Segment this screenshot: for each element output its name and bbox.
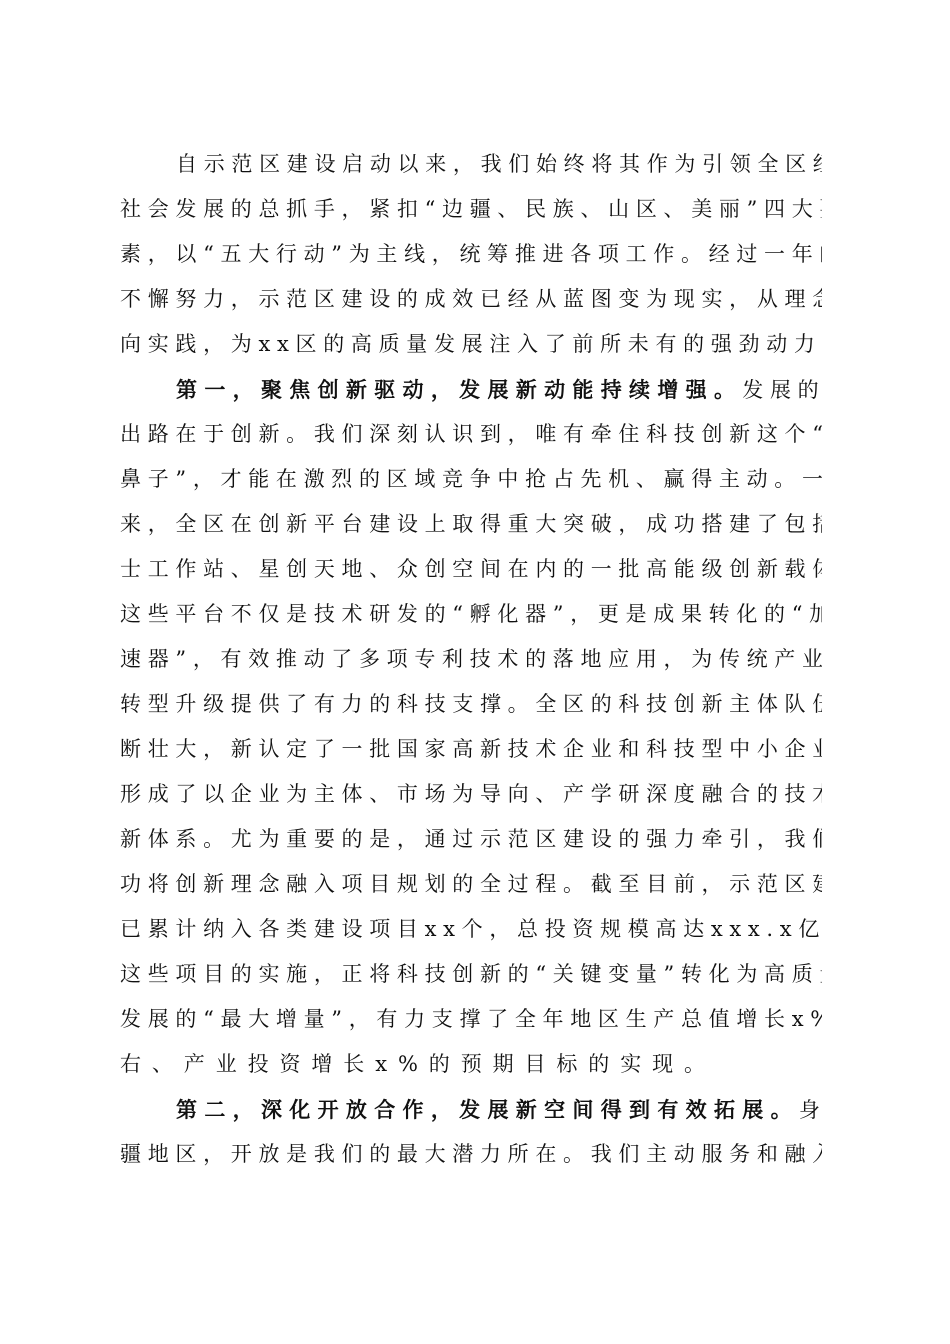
line-text: 出 路 在 于 创 新 。 我 们 深 刻 认 识 到 ， 唯 有 牵 住 科 … (120, 422, 822, 446)
line-text: 右、产业投资增长x%的预期目标的实现。 (120, 1052, 716, 1076)
paragraph-3-line-1: 第 二 ， 深 化 开 放 合 作 ， 发 展 新 空 间 得 到 有 效 拓 … (120, 1087, 822, 1132)
section-heading-1: 第 一 ， 聚 焦 创 新 驱 动 ， 发 展 新 动 能 持 续 增 强 。 (176, 377, 742, 402)
line-text: 已 累 计 纳 入 各 类 建 设 项 目 x x 个 ， 总 投 资 规 模 … (120, 917, 822, 941)
paragraph-2-line-14: 这 些 项 目 的 实 施 ， 正 将 科 技 创 新 的 “ 关 键 变 量 … (120, 952, 822, 997)
paragraph-1-line-2: 社 会 发 展 的 总 抓 手 ， 紧 扣 “ 边 疆 、 民 族 、 山 区 … (120, 187, 822, 232)
line-text: 不 懈 努 力 ， 示 范 区 建 设 的 成 效 已 经 从 蓝 图 变 为 … (120, 287, 822, 311)
paragraph-2-line-9: 断 壮 大 ， 新 认 定 了 一 批 国 家 高 新 技 术 企 业 和 科 … (120, 727, 822, 772)
line-text: 发 展 的 根 本 (742, 378, 822, 402)
paragraph-2-line-7: 速 器 ” ， 有 效 推 动 了 多 项 专 利 技 术 的 落 地 应 用 … (120, 637, 822, 682)
line-text: 断 壮 大 ， 新 认 定 了 一 批 国 家 高 新 技 术 企 业 和 科 … (120, 737, 822, 761)
paragraph-1-line-3: 素 ， 以 “ 五 大 行 动 ” 为 主 线 ， 统 筹 推 进 各 项 工 … (120, 232, 822, 277)
line-text: 形 成 了 以 企 业 为 主 体 、 市 场 为 导 向 、 产 学 研 深 … (120, 782, 822, 806)
paragraph-3-line-2: 疆 地 区 ， 开 放 是 我 们 的 最 大 潜 力 所 在 。 我 们 主 … (120, 1132, 822, 1177)
line-text: 社 会 发 展 的 总 抓 手 ， 紧 扣 “ 边 疆 、 民 族 、 山 区 … (120, 197, 822, 221)
paragraph-2-line-5: 士 工 作 站 、 星 创 天 地 、 众 创 空 间 在 内 的 一 批 高 … (120, 547, 822, 592)
line-text: 身 处 边 (799, 1098, 822, 1122)
line-text: 新 体 系 。 尤 为 重 要 的 是 ， 通 过 示 范 区 建 设 的 强 … (120, 827, 822, 851)
paragraph-1-line-1: 自 示 范 区 建 设 启 动 以 来 ， 我 们 始 终 将 其 作 为 引 … (120, 142, 822, 187)
paragraph-2-line-8: 转 型 升 级 提 供 了 有 力 的 科 技 支 撑 。 全 区 的 科 技 … (120, 682, 822, 727)
line-text: 这 些 平 台 不 仅 是 技 术 研 发 的 “ 孵 化 器 ” ， 更 是 … (120, 602, 822, 626)
document-body: 自 示 范 区 建 设 启 动 以 来 ， 我 们 始 终 将 其 作 为 引 … (120, 142, 822, 1177)
line-text: 向 实 践 ， 为 x x 区 的 高 质 量 发 展 注 入 了 前 所 未 … (120, 332, 822, 356)
paragraph-2-line-10: 形 成 了 以 企 业 为 主 体 、 市 场 为 导 向 、 产 学 研 深 … (120, 772, 822, 817)
line-text: 发 展 的 “ 最 大 增 量 ” ， 有 力 支 撑 了 全 年 地 区 生 … (120, 1007, 822, 1031)
paragraph-2-line-1: 第 一 ， 聚 焦 创 新 驱 动 ， 发 展 新 动 能 持 续 增 强 。 … (120, 367, 822, 412)
paragraph-1-line-4: 不 懈 努 力 ， 示 范 区 建 设 的 成 效 已 经 从 蓝 图 变 为 … (120, 277, 822, 322)
line-text: 疆 地 区 ， 开 放 是 我 们 的 最 大 潜 力 所 在 。 我 们 主 … (120, 1142, 822, 1166)
line-text: 速 器 ” ， 有 效 推 动 了 多 项 专 利 技 术 的 落 地 应 用 … (120, 647, 822, 671)
paragraph-2-line-15: 发 展 的 “ 最 大 增 量 ” ， 有 力 支 撑 了 全 年 地 区 生 … (120, 997, 822, 1042)
paragraph-2-line-13: 已 累 计 纳 入 各 类 建 设 项 目 x x 个 ， 总 投 资 规 模 … (120, 907, 822, 952)
paragraph-1-line-5: 向 实 践 ， 为 x x 区 的 高 质 量 发 展 注 入 了 前 所 未 … (120, 322, 822, 367)
line-text: 这 些 项 目 的 实 施 ， 正 将 科 技 创 新 的 “ 关 键 变 量 … (120, 962, 822, 986)
paragraph-2-line-6: 这 些 平 台 不 仅 是 技 术 研 发 的 “ 孵 化 器 ” ， 更 是 … (120, 592, 822, 637)
line-text: 转 型 升 级 提 供 了 有 力 的 科 技 支 撑 。 全 区 的 科 技 … (120, 692, 822, 716)
line-text: 自 示 范 区 建 设 启 动 以 来 ， 我 们 始 终 将 其 作 为 引 … (176, 152, 822, 176)
document-page: 自 示 范 区 建 设 启 动 以 来 ， 我 们 始 终 将 其 作 为 引 … (0, 0, 950, 1344)
line-text: 士 工 作 站 、 星 创 天 地 、 众 创 空 间 在 内 的 一 批 高 … (120, 557, 822, 581)
paragraph-2-line-12: 功 将 创 新 理 念 融 入 项 目 规 划 的 全 过 程 。 截 至 目 … (120, 862, 822, 907)
paragraph-2-line-3: 鼻 子 ” ， 才 能 在 激 烈 的 区 域 竞 争 中 抢 占 先 机 、 … (120, 457, 822, 502)
paragraph-2-line-11: 新 体 系 。 尤 为 重 要 的 是 ， 通 过 示 范 区 建 设 的 强 … (120, 817, 822, 862)
line-text: 功 将 创 新 理 念 融 入 项 目 规 划 的 全 过 程 。 截 至 目 … (120, 872, 822, 896)
line-text: 素 ， 以 “ 五 大 行 动 ” 为 主 线 ， 统 筹 推 进 各 项 工 … (120, 242, 822, 266)
line-text: 来 ， 全 区 在 创 新 平 台 建 设 上 取 得 重 大 突 破 ， 成 … (120, 512, 822, 536)
paragraph-2-line-2: 出 路 在 于 创 新 。 我 们 深 刻 认 识 到 ， 唯 有 牵 住 科 … (120, 412, 822, 457)
line-text: 鼻 子 ” ， 才 能 在 激 烈 的 区 域 竞 争 中 抢 占 先 机 、 … (120, 467, 822, 491)
section-heading-2: 第 二 ， 深 化 开 放 合 作 ， 发 展 新 空 间 得 到 有 效 拓 … (176, 1097, 799, 1122)
paragraph-2-line-16: 右、产业投资增长x%的预期目标的实现。 (120, 1042, 822, 1087)
paragraph-2-line-4: 来 ， 全 区 在 创 新 平 台 建 设 上 取 得 重 大 突 破 ， 成 … (120, 502, 822, 547)
